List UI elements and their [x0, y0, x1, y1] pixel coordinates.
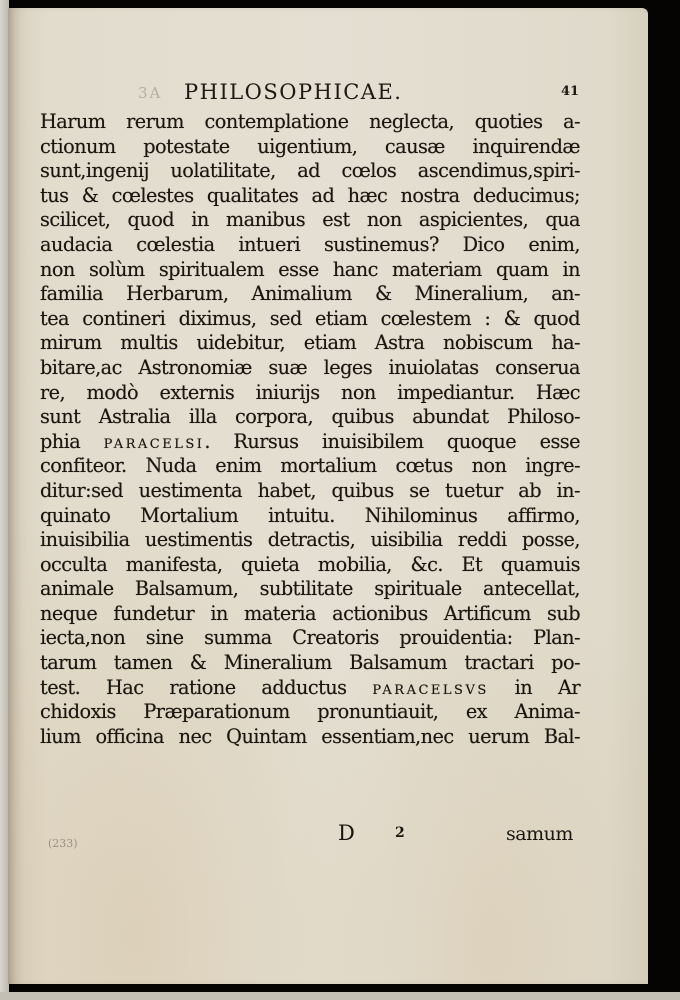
catchword: samum: [506, 823, 573, 845]
text-segment: phia: [40, 430, 104, 453]
scan-bottom-edge: [0, 992, 680, 1000]
running-title: PHILOSOPHICAE.: [184, 80, 402, 104]
text-line-with-smallcaps: test. Hac ratione adductus PARACELSVS in…: [40, 676, 580, 701]
text-line: familia Herbarum, Animalium & Mineralium…: [40, 282, 580, 307]
text-line: quinato Mortalium intuitu. Nihilominus a…: [40, 504, 580, 529]
text-line: tus & cœlestes qualitates ad hæc nostra …: [40, 184, 580, 209]
author-name-smallcaps: PARACELSVS: [372, 683, 488, 698]
text-line: sunt Astralia illa corpora, quibus abund…: [40, 405, 580, 430]
text-line: bitare,ac Astronomiæ suæ leges inuiolata…: [40, 356, 580, 381]
text-line: animale Balsamum, subtilitate spirituale…: [40, 577, 580, 602]
text-line: tarum tamen & Mineralium Balsamum tracta…: [40, 651, 580, 676]
book-page: 3A PHILOSOPHICAE. 41 Harum rerum contemp…: [8, 8, 648, 984]
author-name-smallcaps: PARACELSI: [104, 437, 205, 452]
text-line: ditur:sed uestimenta habet, quibus se tu…: [40, 479, 580, 504]
text-line: ctionum potestate uigentium, causæ inqui…: [40, 135, 580, 160]
page-number: 41: [561, 84, 579, 99]
text-segment: . Rursus inuisibilem quoque esse: [204, 430, 580, 453]
text-line: non solùm spiritualem esse hanc materiam…: [40, 258, 580, 283]
text-line: confiteor. Nuda enim mortalium cœtus non…: [40, 454, 580, 479]
text-line: iecta,non sine summa Creatoris prouident…: [40, 626, 580, 651]
library-stamp: (233): [48, 837, 78, 850]
text-segment: test. Hac ratione adductus: [40, 676, 372, 699]
text-line: scilicet, quod in manibus est non aspici…: [40, 208, 580, 233]
signature-mark: D: [338, 821, 355, 845]
text-line: chidoxis Præparationum pronuntiauit, ex …: [40, 700, 580, 725]
text-line: tea contineri diximus, sed etiam cœleste…: [40, 307, 580, 332]
text-line: inuisibilia uestimentis detractis, uisib…: [40, 528, 580, 553]
text-line: neque fundetur in materia actionibus Art…: [40, 602, 580, 627]
text-line: re, modò externis iniurijs non impediant…: [40, 381, 580, 406]
text-line: audacia cœlestia intueri sustinemus? Dic…: [40, 233, 580, 258]
text-line: mirum multis uidebitur, etiam Astra nobi…: [40, 331, 580, 356]
text-line: lium officina nec Quintam essentiam,nec …: [40, 725, 580, 750]
signature-number: 2: [395, 825, 405, 841]
text-line-with-smallcaps: phia PARACELSI. Rursus inuisibilem quoqu…: [40, 430, 580, 455]
show-through-text: 3A: [138, 84, 162, 102]
body-text: Harum rerum contemplatione neglecta, quo…: [40, 110, 580, 749]
text-line: sunt,ingenij uolatilitate, ad cœlos asce…: [40, 159, 580, 184]
text-segment: in Ar: [489, 676, 580, 699]
text-line: Harum rerum contemplatione neglecta, quo…: [40, 110, 580, 135]
text-line: occulta manifesta, quieta mobilia, &c. E…: [40, 553, 580, 578]
